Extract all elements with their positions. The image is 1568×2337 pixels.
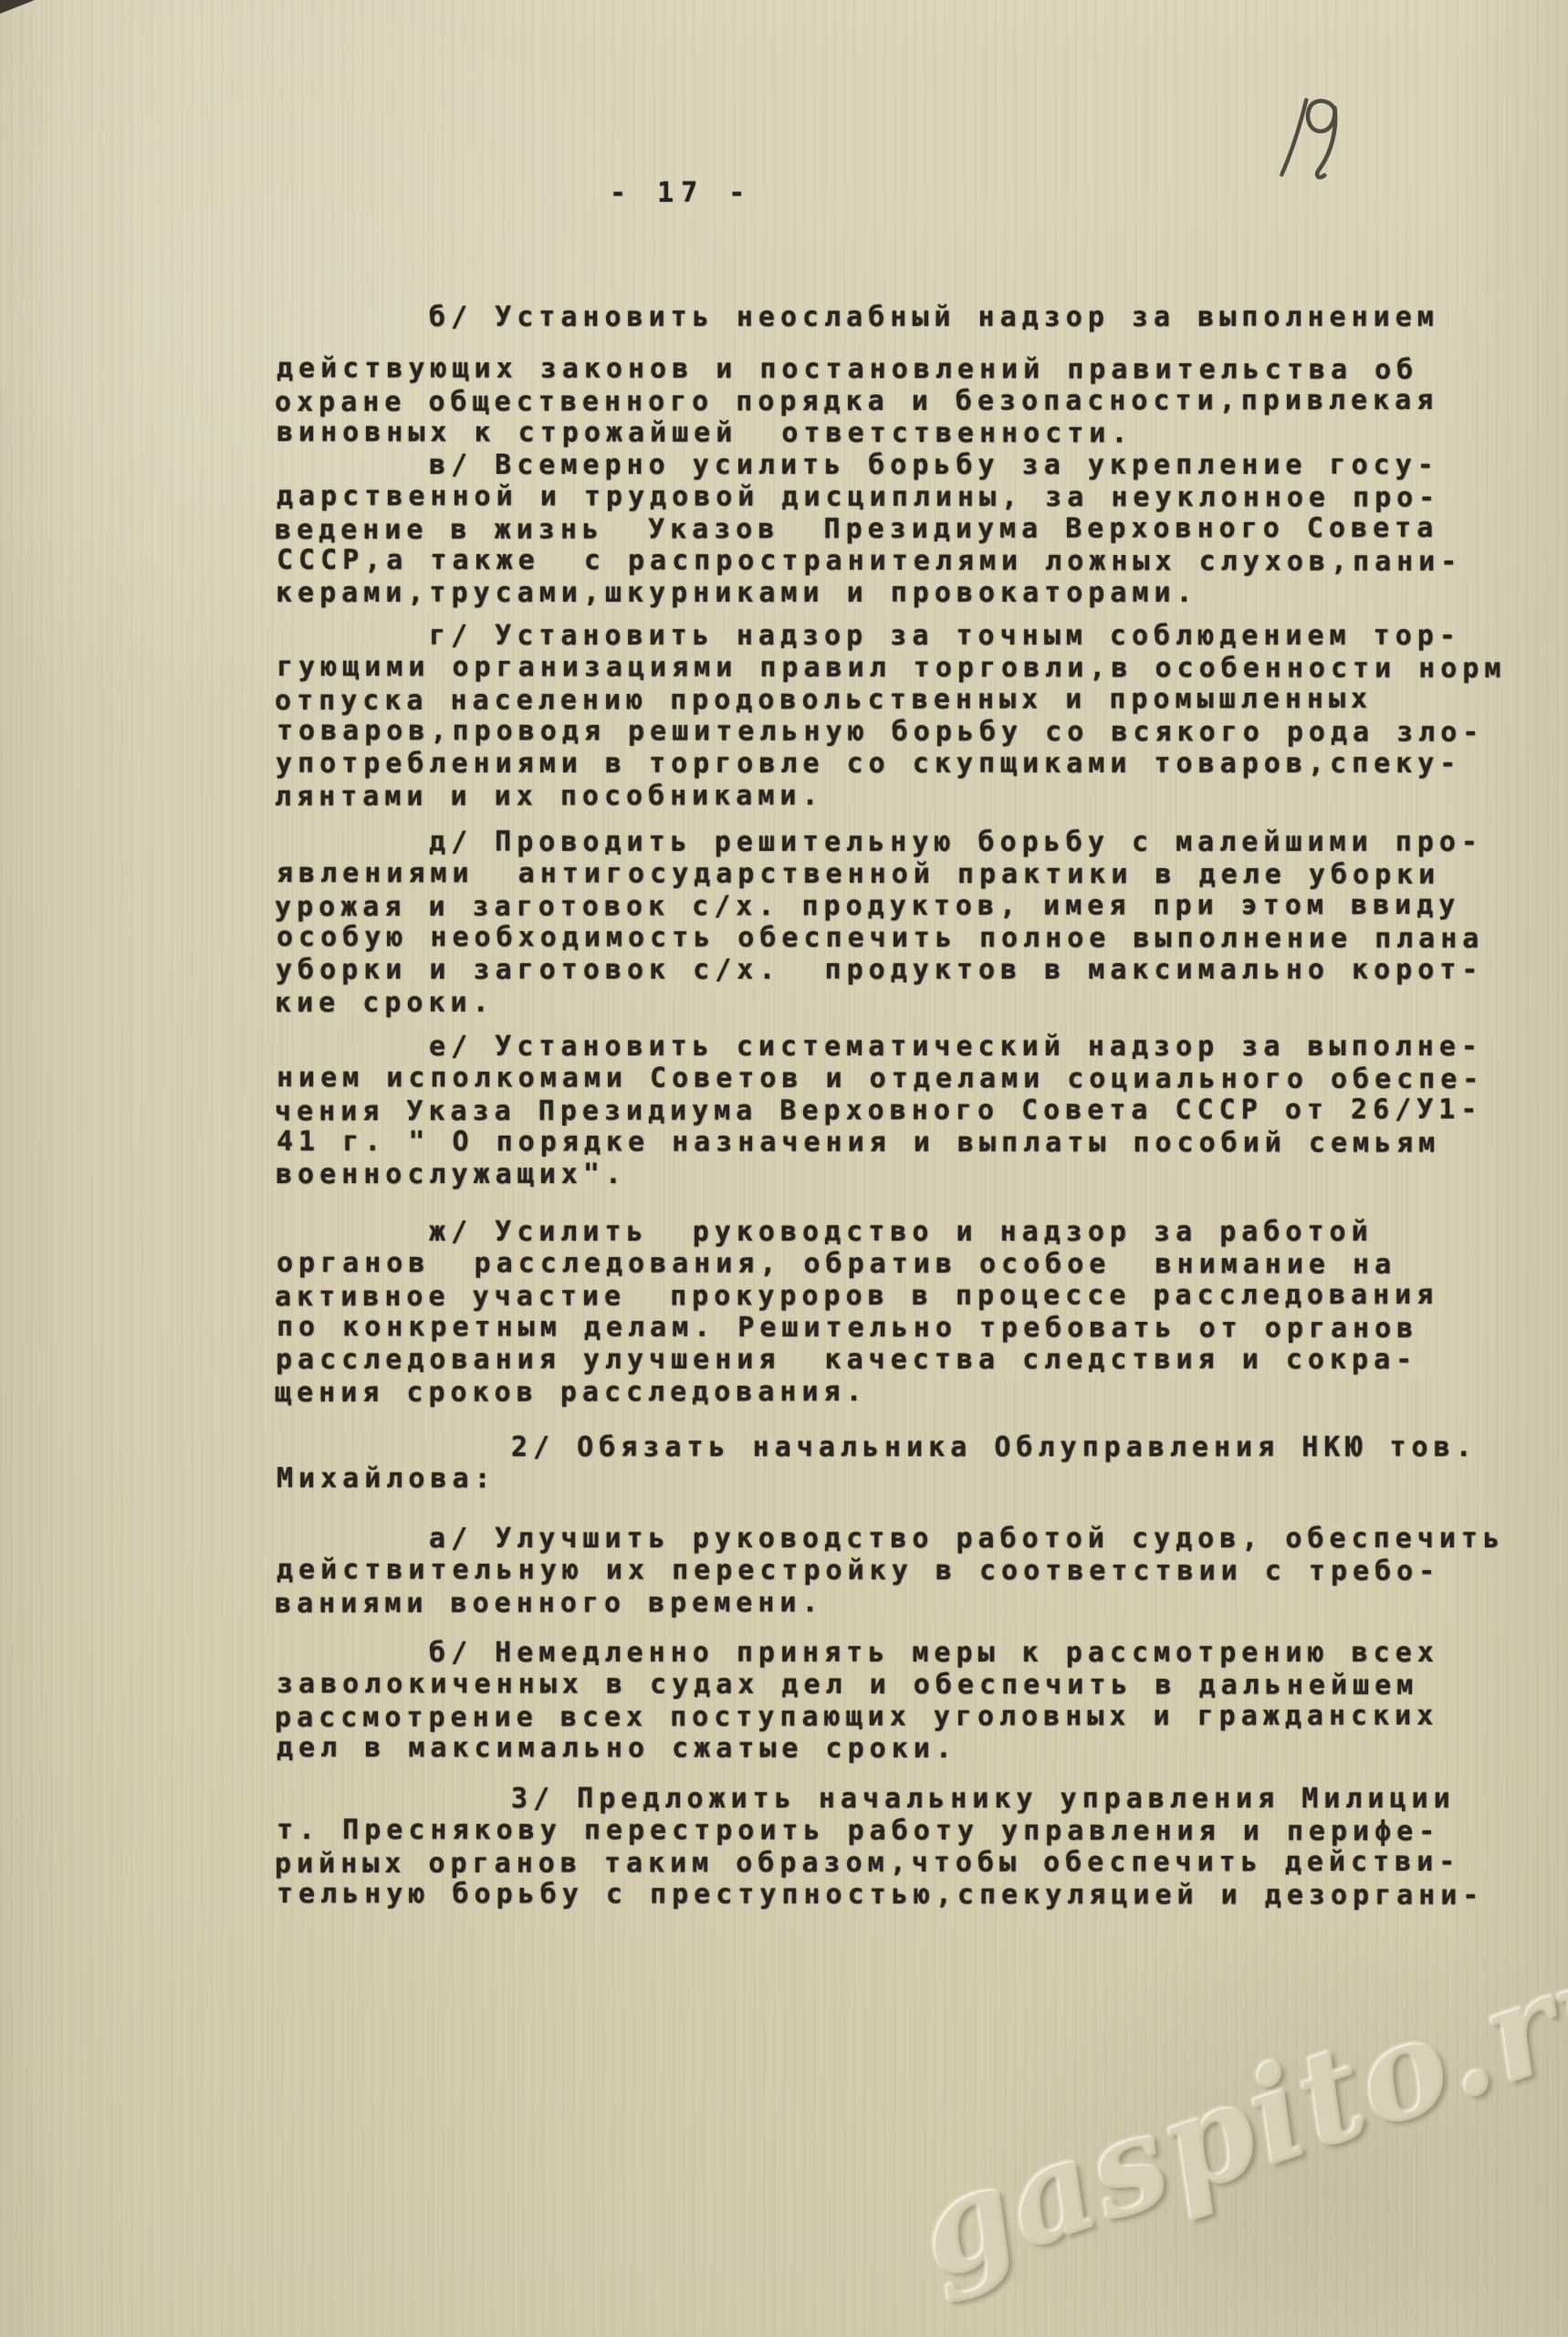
text-line: особую необходимость обеспечить полное в…	[277, 921, 1527, 955]
text-line: д/ Проводить решительную борьбу с малейш…	[276, 826, 1526, 858]
text-line: охране общественного порядка и безопасно…	[275, 384, 1525, 418]
document-page: 19 - 17 - б/ Установить неослабный надзо…	[0, 0, 1568, 2337]
text-line: активное участие прокуроров в процессе р…	[275, 1279, 1525, 1313]
text-line: керами,трусами,шкурниками и провокаторам…	[276, 577, 1526, 609]
handwritten-page-number: 19	[1270, 92, 1344, 184]
text-line: действующих законов и постановлений прав…	[277, 352, 1527, 386]
text-line: ваниями военного времени.	[275, 1586, 1525, 1619]
text-line: явлениями антигосударственной практики в…	[277, 857, 1527, 891]
text-line: 41 г. " О порядке назначения и выплаты п…	[277, 1126, 1527, 1159]
text-line: дарственной и трудовой дисциплины, за не…	[277, 480, 1527, 514]
text-line: 2/ Обязать начальника Облуправления НКЮ …	[276, 1431, 1526, 1463]
text-line: 3/ Предложить начальнику управления Мили…	[276, 1783, 1526, 1815]
text-line: по конкретным делам. Решительно требоват…	[277, 1311, 1527, 1345]
watermark-gaspito: gaspito.ru	[899, 1916, 1568, 2309]
paragraph-d: д/ Проводить решительную борьбу с малейш…	[276, 826, 1526, 1018]
text-line: военнослужащих".	[276, 1158, 1526, 1190]
text-line: СССР,а также с распространителями ложных…	[277, 544, 1527, 578]
paragraph-e: е/ Установить систематический надзор за …	[276, 1031, 1526, 1190]
text-line: е/ Установить систематический надзор за …	[276, 1031, 1526, 1063]
text-line: лянтами и их пособниками.	[275, 779, 1525, 812]
paragraph-v: в/ Всемерно усилить борьбу за укрепление…	[276, 449, 1526, 609]
text-line: уборки и заготовок с/х. продуктов в макс…	[276, 954, 1526, 986]
text-line: виновных к строжайшей ответственности.	[277, 416, 1527, 450]
paragraph-p3: 3/ Предложить начальнику управления Мили…	[276, 1783, 1526, 1911]
text-line: г/ Установить надзор за точным соблюдени…	[276, 620, 1526, 652]
page-number: - 17 -	[610, 177, 752, 209]
paragraph-b: б/ Установить неослабный надзор за выпол…	[276, 301, 1526, 449]
text-line: б/ Немедленно принять меры к рассмотрени…	[276, 1637, 1526, 1669]
text-line: ведение в жизнь Указов Президиума Верхов…	[275, 512, 1525, 546]
text-line: Михайлова:	[277, 1462, 1527, 1496]
text-line: урожая и заготовок с/х. продуктов, имея …	[275, 889, 1525, 923]
text-line: а/ Улучшить руководство работой судов, о…	[276, 1523, 1526, 1555]
text-line: действительную их перестройку в соответс…	[277, 1554, 1527, 1588]
text-line: рийных органов таким образом,чтобы обесп…	[275, 1846, 1525, 1880]
text-line: нием исполкомами Советов и отделами соци…	[277, 1062, 1527, 1095]
text-line: кие сроки.	[275, 985, 1525, 1019]
text-line: рассмотрение всех поступающих уголовных …	[275, 1700, 1525, 1734]
text-line: органов расследования, обратив особое вн…	[277, 1247, 1527, 1281]
paragraph-g: г/ Установить надзор за точным соблюдени…	[276, 620, 1526, 812]
paragraph-a: а/ Улучшить руководство работой судов, о…	[276, 1523, 1526, 1619]
text-line: отпуска населению продовольственных и пр…	[275, 683, 1525, 717]
text-line: щения сроков расследования.	[275, 1375, 1525, 1409]
text-line: тельную борьбу с преступностью,спекуляци…	[277, 1878, 1527, 1912]
text-line: употреблениями в торговле со скупщиками …	[276, 748, 1526, 780]
text-line: б/ Установить неослабный надзор за выпол…	[276, 301, 1526, 333]
text-line: расследования улучшения качества следств…	[276, 1344, 1526, 1376]
paragraph-zh: ж/ Усилить руководство и надзор за работ…	[276, 1216, 1526, 1408]
text-line: товаров,проводя решительную борьбу со вс…	[277, 715, 1527, 749]
text-line: чения Указа Президиума Верховного Совета…	[275, 1094, 1525, 1127]
paragraph-b2: б/ Немедленно принять меры к рассмотрени…	[276, 1637, 1526, 1765]
text-line: ж/ Усилить руководство и надзор за работ…	[276, 1216, 1526, 1248]
handwritten-digit-1	[1281, 100, 1306, 176]
text-line: заволокиченных в судах дел и обеспечить …	[277, 1668, 1527, 1702]
paragraph-p2: 2/ Обязать начальника Облуправления НКЮ …	[276, 1431, 1526, 1495]
text-line: в/ Всемерно усилить борьбу за укрепление…	[276, 449, 1526, 481]
text-line: т. Преснякову перестроить работу управле…	[277, 1814, 1527, 1848]
text-line: дел в максимально сжатые сроки.	[277, 1732, 1527, 1766]
text-line: гующими организациями правил торговли,в …	[277, 651, 1527, 685]
handwritten-digit-9-loop	[1307, 100, 1334, 131]
scan-corner-artifact	[0, 0, 35, 14]
document-body: б/ Установить неослабный надзор за выпол…	[276, 301, 1526, 1911]
